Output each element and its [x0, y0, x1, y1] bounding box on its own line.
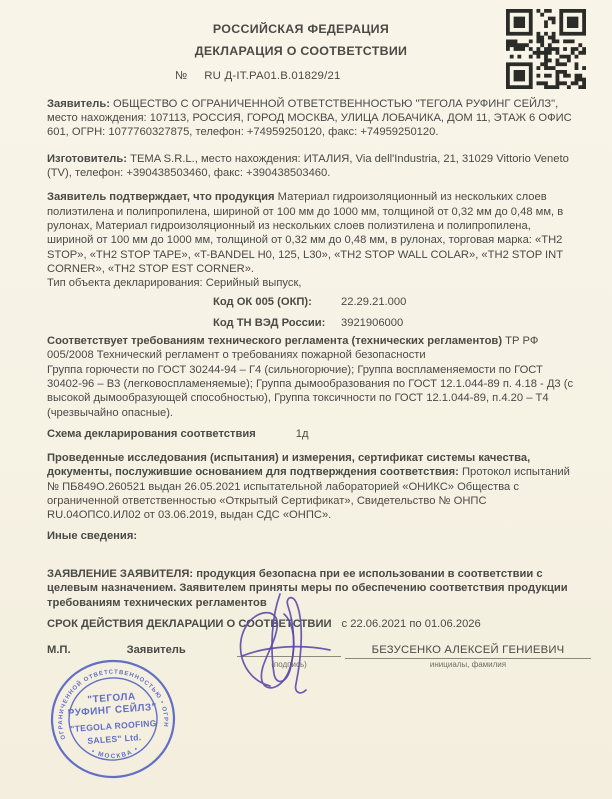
tnved-code-row: Код ТН ВЭД России: 3921906000 — [47, 316, 578, 330]
compliance-label: Соответствует требованиям технического р… — [47, 335, 502, 347]
declaration-type-line: Тип объекта декларирования: Серийный вып… — [47, 277, 301, 289]
svg-text:• МОСКВА •: • МОСКВА • — [90, 745, 141, 762]
tnved-code-label: Код ТН ВЭД России: — [213, 316, 341, 330]
company-stamp: ОБЩЕСТВО С ОГРАНИЧЕННОЙ ОТВЕТСТВЕННОСТЬЮ… — [46, 655, 180, 783]
scheme-label: Схема декларирования соответствия — [47, 427, 256, 441]
country-heading: РОССИЙСКАЯ ФЕДЕРАЦИЯ — [47, 22, 555, 36]
okp-code-label: Код ОК 005 (ОКП): — [213, 295, 341, 309]
basis-paragraph: Проведенные исследования (испытания) и и… — [47, 451, 578, 522]
handwritten-signature — [222, 586, 342, 701]
tnved-code-value: 3921906000 — [341, 316, 403, 330]
applicant-label: Заявитель: — [47, 98, 110, 110]
compliance-details: Группа горючести по ГОСТ 30244-94 – Г4 (… — [47, 364, 573, 419]
stamp-place-label: М.П. — [47, 643, 71, 657]
stamp-bottom-text: • МОСКВА • — [90, 745, 141, 762]
manufacturer-paragraph: Изготовитель: TEMA S.R.L., место нахожде… — [47, 152, 578, 181]
declaration-number: RU Д-IT.РА01.В.01829/21 — [204, 70, 340, 82]
scheme-row: Схема декларирования соответствия 1д — [47, 427, 578, 441]
declaration-page: РОССИЙСКАЯ ФЕДЕРАЦИЯ ДЕКЛАРАЦИЯ О СООТВЕ… — [0, 0, 612, 799]
product-label: Заявитель подтверждает, что продукция — [47, 191, 275, 203]
okp-code-row: Код ОК 005 (ОКП): 22.29.21.000 — [47, 295, 578, 309]
other-info-label: Иные сведения: — [47, 529, 578, 543]
applicant-paragraph: Заявитель: ОБЩЕСТВО С ОГРАНИЧЕННОЙ ОТВЕТ… — [47, 97, 578, 140]
stamp-center-line3: "TEGOLA ROOFING — [70, 718, 157, 734]
manufacturer-label: Изготовитель: — [47, 153, 127, 165]
signer-name: БЕЗУСЕНКО АЛЕКСЕЙ ГЕНИЕВИЧ — [345, 643, 591, 659]
signer-name-caption: инициалы, фамилия — [345, 660, 591, 669]
document-content: РОССИЙСКАЯ ФЕДЕРАЦИЯ ДЕКЛАРАЦИЯ О СООТВЕ… — [47, 0, 578, 657]
declaration-number-row: №RU Д-IT.РА01.В.01829/21 — [47, 69, 578, 83]
stamp-center-line4: SALES" Ltd. — [87, 732, 142, 746]
product-paragraph: Заявитель подтверждает, что продукция Ма… — [47, 190, 578, 290]
scheme-value: 1д — [296, 427, 309, 441]
validity-value: с 22.06.2021 по 01.06.2026 — [342, 617, 481, 631]
okp-code-value: 22.29.21.000 — [341, 295, 406, 309]
document-title: ДЕКЛАРАЦИЯ О СООТВЕТСТВИИ — [47, 44, 555, 58]
compliance-paragraph: Соответствует требованиям технического р… — [47, 334, 578, 420]
number-sign: № — [175, 70, 187, 82]
product-description: Материал гидроизоляционный из нескольких… — [47, 191, 563, 274]
applicant-text: ОБЩЕСТВО С ОГРАНИЧЕННОЙ ОТВЕТСТВЕННОСТЬЮ… — [47, 98, 572, 139]
basis-label: Проведенные исследования (испытания) и и… — [47, 452, 530, 478]
